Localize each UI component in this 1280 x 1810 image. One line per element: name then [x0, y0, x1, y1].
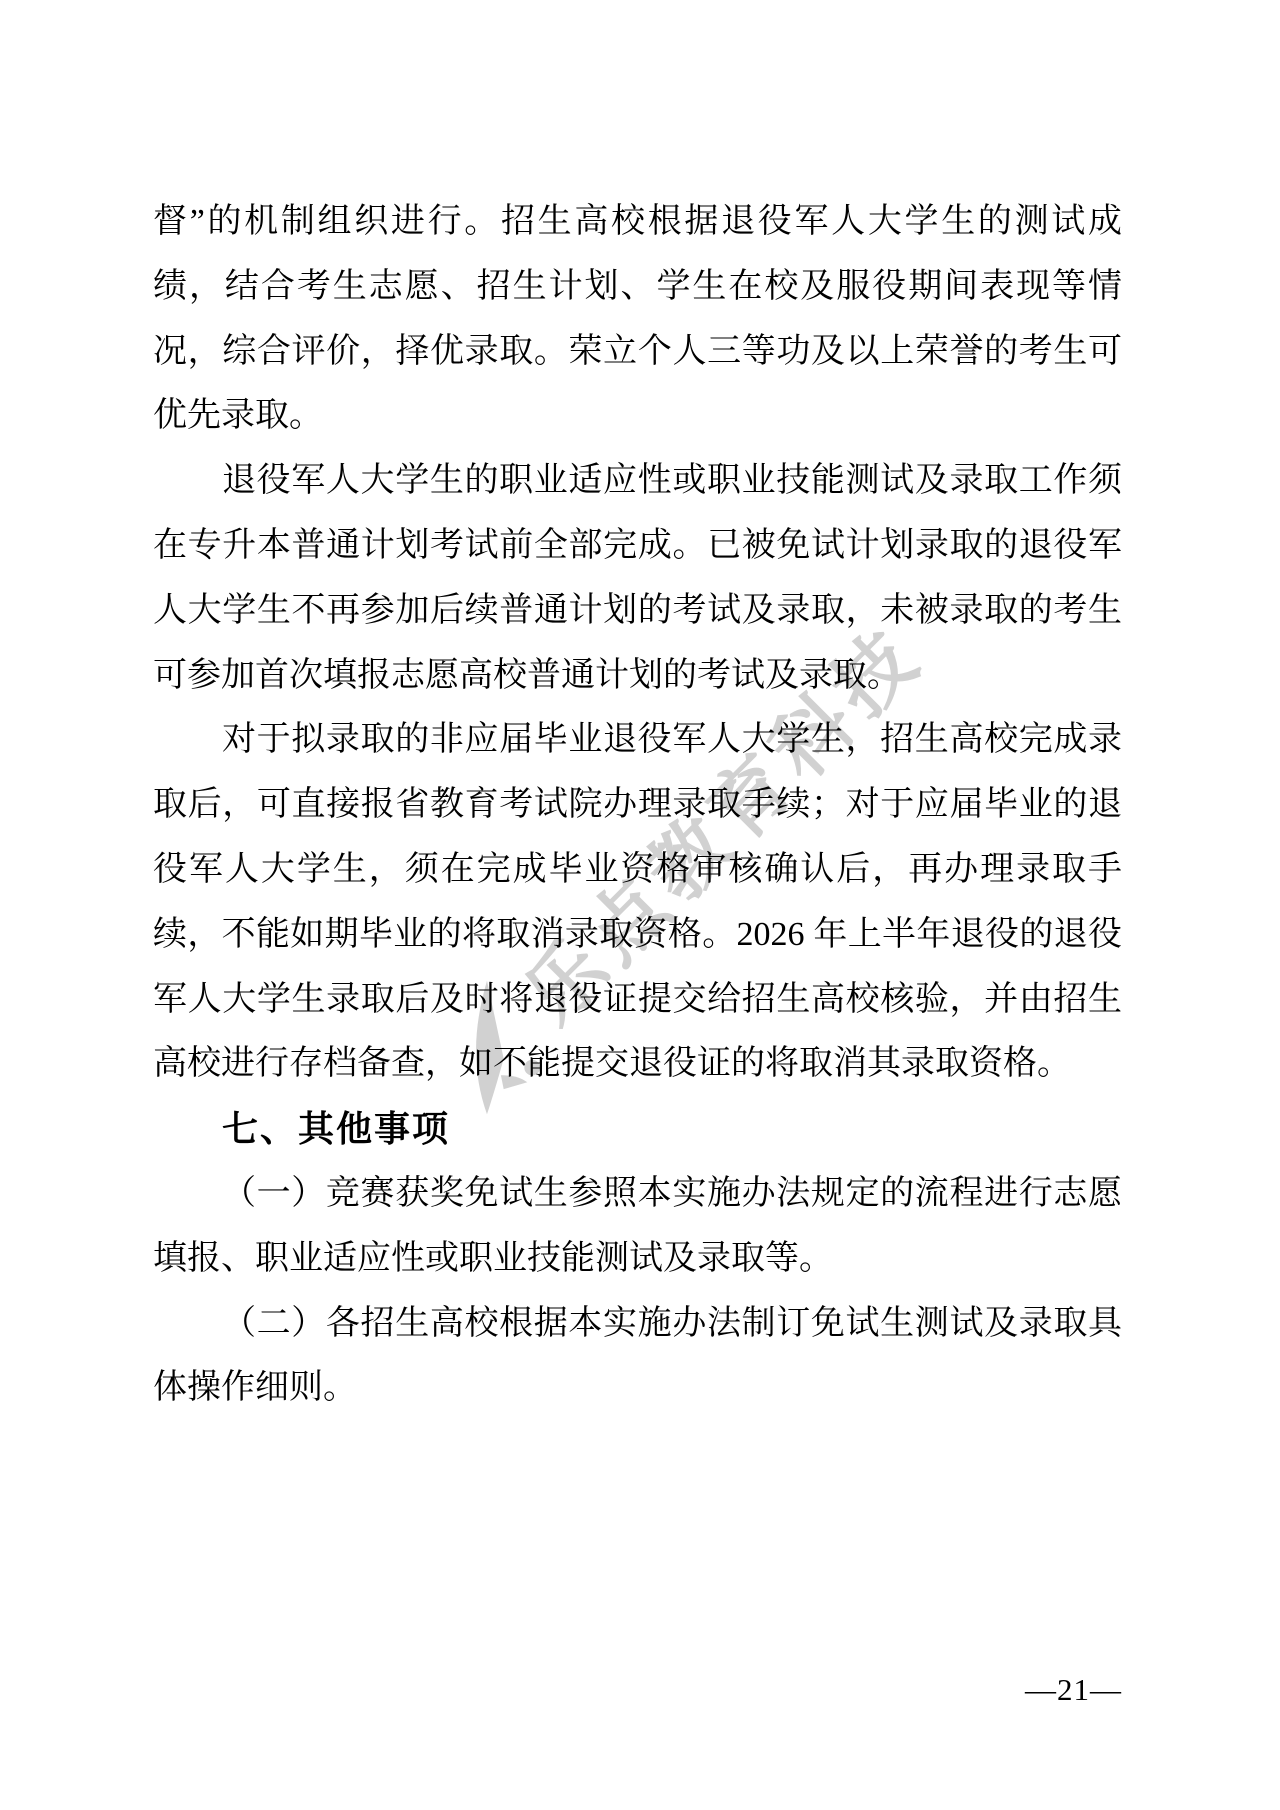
text-line: 续，不能如期毕业的将取消录取资格。2026 年上半年退役的退役: [153, 903, 1122, 968]
text-line: 督”的机制组织进行。招生高校根据退役军人大学生的测试成: [153, 190, 1122, 255]
text-line: 况，综合评价，择优录取。荣立个人三等功及以上荣誉的考生可: [153, 320, 1122, 385]
text-line: 役军人大学生，须在完成毕业资格审核确认后，再办理录取手: [153, 838, 1122, 903]
document-page: 乐点教育科技 督”的机制组织进行。招生高校根据退役军人大学生的测试成绩，结合考生…: [0, 0, 1280, 1810]
text-line: 高校进行存档备查，如不能提交退役证的将取消其录取资格。: [153, 1032, 1122, 1097]
text-line: 体操作细则。: [153, 1356, 1122, 1421]
text-line: 取后，可直接报省教育考试院办理录取手续；对于应届毕业的退: [153, 773, 1122, 838]
text-line: 填报、职业适应性或职业技能测试及录取等。: [153, 1227, 1122, 1292]
page-number: —21—: [1025, 1672, 1122, 1707]
text-line: 退役军人大学生的职业适应性或职业技能测试及录取工作须: [153, 449, 1122, 514]
section-heading: 七、其他事项: [153, 1097, 1122, 1162]
text-line: 军人大学生录取后及时将退役证提交给招生高校核验，并由招生: [153, 968, 1122, 1033]
text-line: 在专升本普通计划考试前全部完成。已被免试计划录取的退役军: [153, 514, 1122, 579]
text-line: （一）竞赛获奖免试生参照本实施办法规定的流程进行志愿: [153, 1162, 1122, 1227]
text-line: 对于拟录取的非应届毕业退役军人大学生，招生高校完成录: [153, 708, 1122, 773]
document-body: 督”的机制组织进行。招生高校根据退役军人大学生的测试成绩，结合考生志愿、招生计划…: [153, 190, 1122, 1421]
page-footer: —21—: [153, 1672, 1122, 1708]
text-line: 可参加首次填报志愿高校普通计划的考试及录取。: [153, 644, 1122, 709]
text-line: （二）各招生高校根据本实施办法制订免试生测试及录取具: [153, 1292, 1122, 1357]
text-line: 优先录取。: [153, 384, 1122, 449]
text-line: 人大学生不再参加后续普通计划的考试及录取，未被录取的考生: [153, 579, 1122, 644]
text-line: 绩，结合考生志愿、招生计划、学生在校及服役期间表现等情: [153, 255, 1122, 320]
